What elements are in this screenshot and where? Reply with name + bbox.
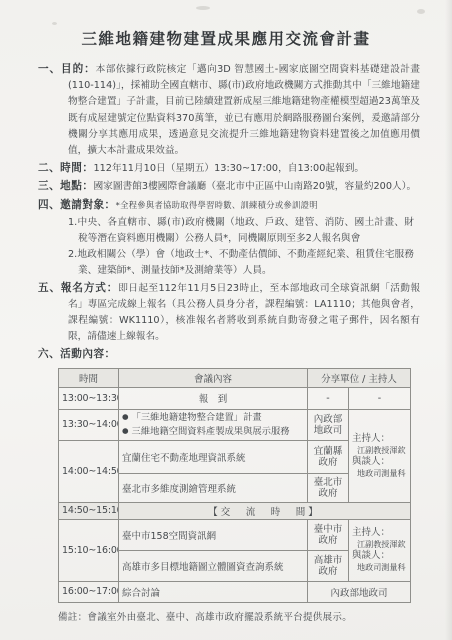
- session1b-unit: 臺北市政府: [308, 473, 349, 502]
- checkin-host: -: [349, 387, 411, 409]
- discussion-unit: 內政部地政司: [308, 581, 411, 602]
- session1-time: 14:00~14:50: [59, 440, 119, 502]
- section-time-label: 二、時間：: [38, 162, 93, 174]
- break-content: 【交 流 時 間】: [119, 502, 411, 519]
- session2a-content: 臺中市158空間資訊網: [119, 519, 308, 550]
- section-time-text: 112年11月10日（星期五）13:30~17:00，自13:00起報到。: [93, 163, 364, 174]
- section-purpose-label: 一、目的：: [38, 63, 96, 75]
- invitees-item-2: 2.地政相關公（學）會（地政士*、不動產估價師、不動產經紀業、租賃住宅服務業、建…: [78, 247, 414, 279]
- moderator-block-2: 主持人： 江副教授渾欽 與談人： 地政司測量科: [349, 519, 411, 581]
- panelist-label: 與談人：: [352, 550, 407, 562]
- scan-artifact: [52, 22, 57, 25]
- agenda-row-break: 14:50~15:10 【交 流 時 間】: [59, 502, 411, 519]
- scanned-document-page: 三維地籍建物建置成果應用交流會計畫 一、目的：本部依據行政院核定「邁向3D 智慧…: [0, 0, 452, 640]
- checkin-time: 13:00~13:30: [59, 387, 119, 409]
- discussion-time: 16:00~17:00: [59, 581, 119, 602]
- section-purpose: 一、目的：本部依據行政院核定「邁向3D 智慧國土-國家底圖空間資料基礎建設計畫(…: [68, 61, 420, 159]
- intro-unit: 內政部地政司: [308, 409, 349, 440]
- section-invitees-note: *全程參與者協助取得學習時數、訓練積分或參訓證明: [116, 200, 318, 210]
- document-title: 三維地籍建物建置成果應用交流會計畫: [0, 0, 452, 49]
- document-body: 一、目的：本部依據行政院核定「邁向3D 智慧國土-國家底圖空間資料基礎建設計畫(…: [0, 61, 452, 623]
- discussion-content: 綜合討論: [119, 581, 308, 602]
- agenda-row-checkin: 13:00~13:30 報 到 - -: [59, 387, 411, 409]
- agenda-row-intro: 13:30~14:00 ● 「三維地籍建物整合建置」計畫 ● 三維地籍空間資料產…: [59, 409, 411, 440]
- bullet-icon: ●: [122, 412, 129, 421]
- scan-artifact: [196, 6, 210, 10]
- session1a-unit: 宜蘭縣政府: [308, 440, 349, 473]
- host-label: 主持人：: [352, 527, 407, 539]
- section-activity-label: 六、活動內容：: [38, 348, 116, 360]
- session2-time: 15:10~16:00: [59, 519, 119, 581]
- break-time: 14:50~15:10: [59, 502, 119, 519]
- moderator-block-1: 主持人： 江副教授渾欽 與談人： 地政司測量科: [349, 409, 411, 502]
- agenda-header-time: 時間: [59, 368, 119, 387]
- host-label: 主持人：: [352, 433, 407, 445]
- footnote: 備註：會議室外由臺北、臺中、高雄市政府擺設系統平台提供展示。: [58, 609, 424, 623]
- session1a-content: 宜蘭住宅不動產地理資訊系統: [119, 440, 308, 473]
- agenda-row-session2a: 15:10~16:00 臺中市158空間資訊網 臺中市政府 主持人： 江副教授渾…: [59, 519, 411, 550]
- intro-item-2: ● 三維地籍空間資料產製成果與展示服務: [122, 425, 304, 439]
- section-activity: 六、活動內容：: [68, 346, 420, 363]
- agenda-row-discussion: 16:00~17:00 綜合討論 內政部地政司: [59, 581, 411, 602]
- session2b-content: 高雄市多目標地籍圖立體圖資查詢系統: [119, 550, 308, 581]
- session1b-content: 臺北市多維度測繪管理系統: [119, 473, 308, 502]
- host-name: 江副教授渾欽: [352, 445, 407, 456]
- session2b-unit: 高雄市政府: [308, 550, 349, 581]
- invitees-item-1: 1.中央、各直轄市、縣(市)政府機關（地政、戶政、建管、消防、國土計畫、財稅等潛…: [78, 215, 414, 247]
- panelist-name: 地政司測量科: [352, 562, 407, 573]
- agenda-header-content: 會議內容: [119, 368, 308, 387]
- section-venue-text: 國家圖書館3樓國際會議廳（臺北市中正區中山南路20號，容量約200人）。: [93, 181, 416, 192]
- section-purpose-text: 本部依據行政院核定「邁向3D 智慧國土-國家底圖空間資料基礎建設計畫(110-1…: [68, 64, 420, 156]
- agenda-table: 時間 會議內容 分享單位 / 主持人 13:00~13:30 報 到 - - 1…: [58, 368, 411, 603]
- panelist-name: 地政司測量科: [352, 468, 407, 479]
- host-name: 江副教授渾欽: [352, 539, 407, 550]
- intro-content: ● 「三維地籍建物整合建置」計畫 ● 三維地籍空間資料產製成果與展示服務: [119, 409, 308, 440]
- section-registration: 五、報名方式：即日起至112年11月5日23時止，至本部地政司全球資訊網「活動報…: [68, 280, 420, 346]
- section-invitees-label: 四、邀請對象：: [38, 199, 116, 211]
- section-venue-label: 三、地點：: [38, 180, 93, 192]
- agenda-header-row: 時間 會議內容 分享單位 / 主持人: [59, 368, 411, 387]
- scan-edge-shadow: [445, 0, 452, 640]
- intro-time: 13:30~14:00: [59, 409, 119, 440]
- checkin-content: 報 到: [119, 387, 308, 409]
- section-venue: 三、地點：國家圖書館3樓國際會議廳（臺北市中正區中山南路20號，容量約200人）…: [68, 178, 420, 195]
- bullet-icon: ●: [122, 426, 129, 435]
- panelist-label: 與談人：: [352, 456, 407, 468]
- section-registration-text: 即日起至112年11月5日23時止，至本部地政司全球資訊網「活動報名」專區完成線…: [68, 283, 420, 343]
- agenda-header-unit-host: 分享單位 / 主持人: [308, 368, 411, 387]
- section-time: 二、時間：112年11月10日（星期五）13:30~17:00，自13:00起報…: [68, 160, 420, 177]
- section-invitees: 四、邀請對象：*全程參與者協助取得學習時數、訓練積分或參訓證明: [68, 197, 420, 214]
- checkin-unit: -: [308, 387, 349, 409]
- scan-artifact: [417, 9, 425, 14]
- section-registration-label: 五、報名方式：: [38, 282, 118, 294]
- session2a-unit: 臺中市政府: [308, 519, 349, 550]
- intro-item-1: ● 「三維地籍建物整合建置」計畫: [122, 411, 304, 425]
